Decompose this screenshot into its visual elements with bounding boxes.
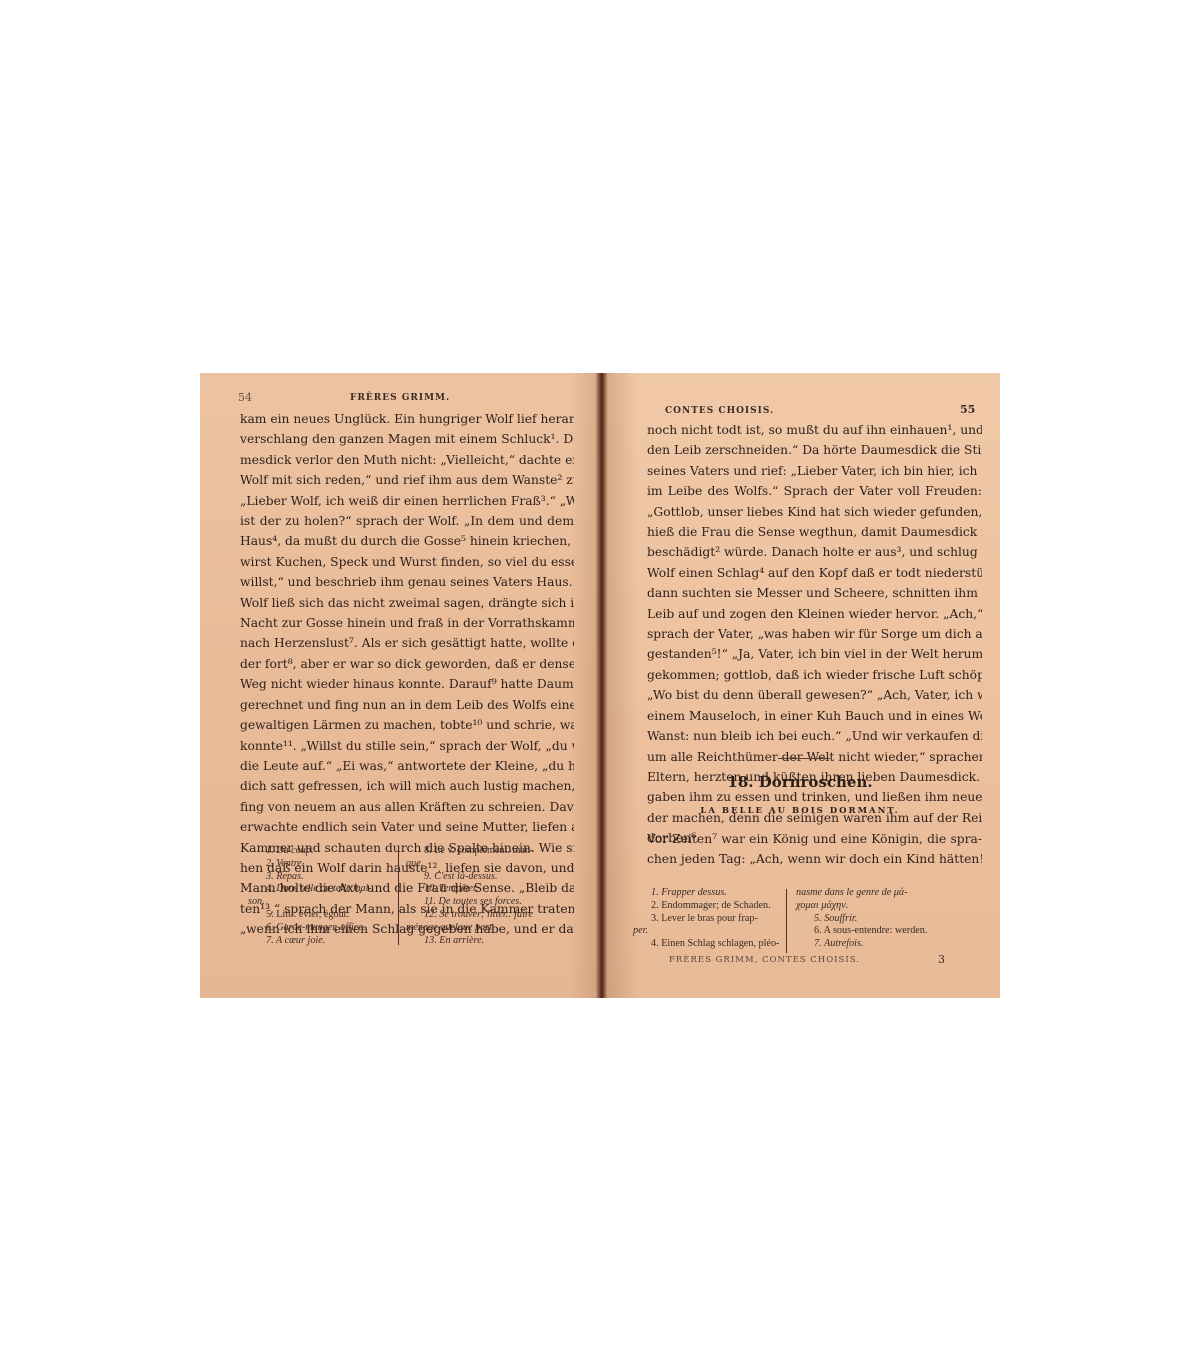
text-line: die Leute auf.“ „Ei was,“ antwortete der…: [240, 756, 574, 776]
footnote: ménage quelque part.: [406, 922, 586, 935]
text-line: gekommen; gottlob, daß ich wieder frisch…: [647, 665, 982, 685]
text-line: kam ein neues Unglück. Ein hungriger Wol…: [240, 409, 574, 429]
footnote: 7. Autrefois.: [796, 938, 976, 951]
text-line: um alle Reichthümer der Welt nicht wiede…: [647, 747, 982, 767]
text-line: nach Herzenslust⁷. Als er sich gesättigt…: [240, 633, 574, 653]
text-line: gestanden⁵!“ „Ja, Vater, ich bin viel in…: [647, 644, 982, 664]
signature-number: 3: [938, 953, 946, 966]
right-footnotes-col2: nasme dans le genre de μά-χομαι μάχην.5.…: [796, 887, 976, 951]
text-line: Wolf ließ sich das nicht zweimal sagen, …: [240, 593, 574, 613]
right-page: CONTES CHOISIS. 55 noch nicht todt ist, …: [600, 373, 1000, 998]
running-head-left: FRÈRES GRIMM.: [350, 393, 450, 403]
text-line: Wanst: nun bleib ich bei euch.“ „Und wir…: [647, 726, 982, 746]
text-line: Vor Zeiten⁷ war ein König und eine König…: [647, 829, 982, 849]
printer-signature: FRÈRES GRIMM, CONTES CHOISIS.: [669, 955, 860, 965]
text-line: dann suchten sie Messer und Scheere, sch…: [647, 583, 982, 603]
footnote: 9. C'est là-dessus.: [406, 871, 586, 884]
footnote-divider-right: [786, 889, 787, 953]
text-line: den Leib zerschneiden.“ Da hörte Daumesd…: [647, 440, 982, 460]
text-line: gerechnet und fing nun an in dem Leib de…: [240, 695, 574, 715]
chapter-title: 18. Dornroschen.: [600, 773, 1000, 791]
text-line: einem Mauseloch, in einer Kuh Bauch und …: [647, 706, 982, 726]
footnote: 8. Le v. complément. man-: [406, 845, 586, 858]
text-line: Haus⁴, da mußt du durch die Gosse⁵ hinei…: [240, 531, 574, 551]
gutter-shadow-left: [570, 373, 598, 998]
section-rule: [778, 758, 830, 759]
footnote: 10. Tempêter.: [406, 883, 586, 896]
text-line: Leib auf und zogen den Kleinen wieder he…: [647, 604, 982, 624]
text-line: Nacht zur Gosse hinein und fraß in der V…: [240, 613, 574, 633]
text-line: „Wo bist du denn überall gewesen?“ „Ach,…: [647, 685, 982, 705]
text-line: beschädigt² würde. Danach holte er aus³,…: [647, 542, 982, 562]
right-footnotes-col1: 1. Frapper dessus.2. Endommager; de Scha…: [633, 887, 783, 951]
footnote: 7. A cœur joie.: [248, 935, 398, 948]
running-head-right: CONTES CHOISIS.: [665, 406, 774, 416]
text-line: hieß die Frau die Sense wegthun, damit D…: [647, 522, 982, 542]
text-line: sprach der Vater, „was haben wir für Sor…: [647, 624, 982, 644]
left-page: 54 FRÈRES GRIMM. kam ein neues Unglück. …: [200, 373, 600, 998]
footnote: 4. Einen Schlag schlagen, pléo-: [633, 938, 783, 951]
page-number-left: 54: [238, 391, 252, 404]
chapter-subtitle: LA BELLE AU BOIS DORMANT.: [600, 806, 1000, 816]
footnote: 11. De toutes ses forces.: [406, 896, 586, 909]
text-line: erwachte endlich sein Vater und seine Mu…: [240, 817, 574, 837]
footnote: 5. Litt.: évier, égout.: [248, 909, 398, 922]
footnote: 6. Garde-manger, office.: [248, 922, 398, 935]
footnote: 1. Du coup.: [248, 845, 398, 858]
left-footnotes-col2: 8. Le v. complément. man-que.9. C'est là…: [406, 845, 586, 947]
gutter-shadow-right: [608, 373, 638, 998]
footnote: 12. Se trouver; littér.: faire: [406, 909, 586, 922]
text-line: noch nicht todt ist, so mußt du auf ihn …: [647, 420, 982, 440]
footnote: nasme dans le genre de μά-: [796, 887, 976, 900]
left-footnotes-col1: 1. Du coup.2. Ventre.3. Repas.4. Dans te…: [248, 845, 398, 947]
footnote: 2. Ventre.: [248, 858, 398, 871]
footnote: χομαι μάχην.: [796, 900, 976, 913]
footnote: 4. Dans telle ou telle mai-: [248, 883, 398, 896]
text-line: seines Vaters und rief: „Lieber Vater, i…: [647, 461, 982, 481]
text-line: chen jeden Tag: „Ach, wenn wir doch ein …: [647, 849, 982, 869]
text-line: Wolf einen Schlag⁴ auf den Kopf daß er t…: [647, 563, 982, 583]
footnote: 13. En arrière.: [406, 935, 586, 948]
footnote: per.: [633, 925, 783, 938]
text-line: fing von neuem an aus allen Kräften zu s…: [240, 797, 574, 817]
footnote: 3. Repas.: [248, 871, 398, 884]
text-line: verschlang den ganzen Magen mit einem Sc…: [240, 429, 574, 449]
footnote: 5. Souffrir.: [796, 913, 976, 926]
book-spine: [596, 373, 608, 998]
text-line: Wolf mit sich reden,“ und rief ihm aus d…: [240, 470, 574, 490]
text-line: „Gottlob, unser liebes Kind hat sich wie…: [647, 502, 982, 522]
text-line: der fort⁸, aber er war so dick geworden,…: [240, 654, 574, 674]
footnote: 2. Endommager; de Schaden.: [633, 900, 783, 913]
text-line: dich satt gefressen, ich will mich auch …: [240, 776, 574, 796]
text-line: ist der zu holen?“ sprach der Wolf. „In …: [240, 511, 574, 531]
text-line: gewaltigen Lärmen zu machen, tobte¹⁰ und…: [240, 715, 574, 735]
text-line: mesdick verlor den Muth nicht: „Vielleic…: [240, 450, 574, 470]
chapter-body-text: Vor Zeiten⁷ war ein König und eine König…: [647, 829, 982, 870]
page-number-right: 55: [960, 403, 975, 416]
footnote: 6. A sous-entendre: werden.: [796, 925, 976, 938]
footnote: 3. Lever le bras pour frap-: [633, 913, 783, 926]
text-line: „Lieber Wolf, ich weiß dir einen herrlic…: [240, 491, 574, 511]
footnote: son.: [248, 896, 398, 909]
footnote: que.: [406, 858, 586, 871]
book-spread: 54 FRÈRES GRIMM. kam ein neues Unglück. …: [200, 373, 1000, 998]
text-line: wirst Kuchen, Speck und Wurst finden, so…: [240, 552, 574, 572]
text-line: willst,“ und beschrieb ihm genau seines …: [240, 572, 574, 592]
footnote-divider: [398, 849, 399, 945]
footnote: 1. Frapper dessus.: [633, 887, 783, 900]
text-line: im Leibe des Wolfs.“ Sprach der Vater vo…: [647, 481, 982, 501]
text-line: konnte¹¹. „Willst du stille sein,“ sprac…: [240, 736, 574, 756]
text-line: Weg nicht wieder hinaus konnte. Darauf⁹ …: [240, 674, 574, 694]
